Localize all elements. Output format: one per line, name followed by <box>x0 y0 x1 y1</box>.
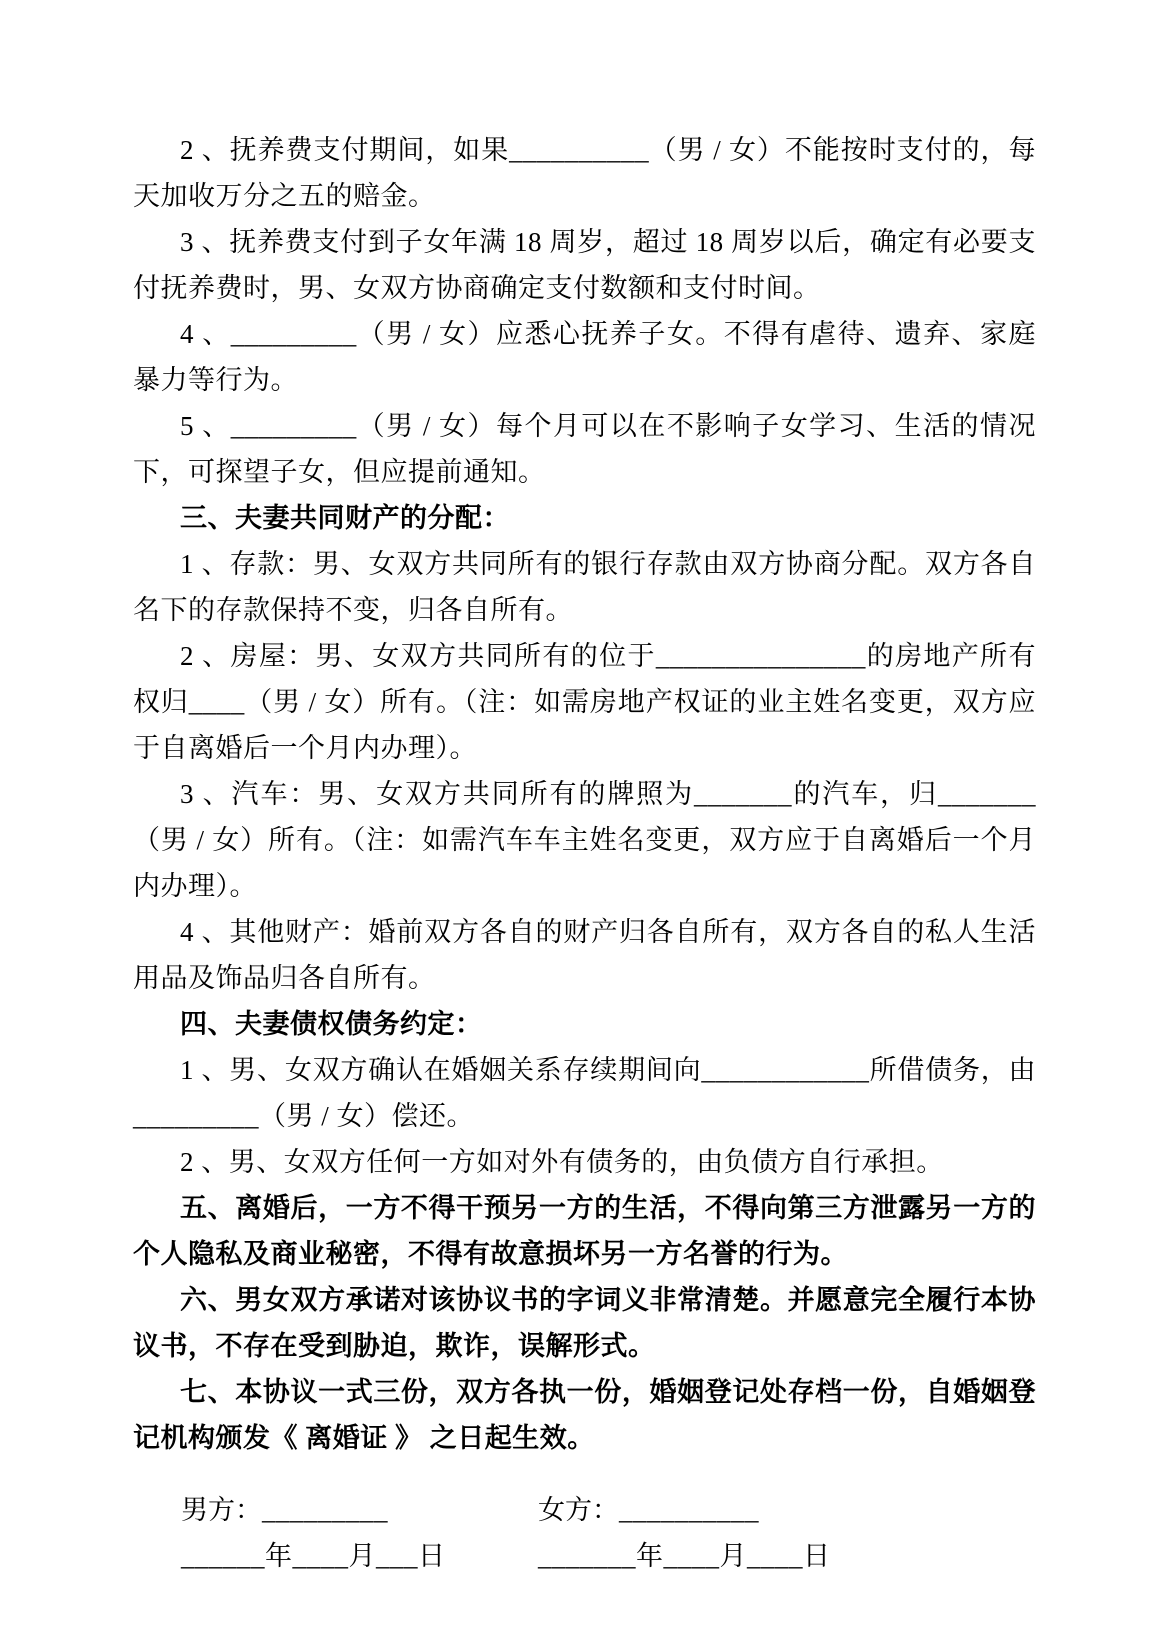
paragraph: 2 、房屋：男、女双方共同所有的位于_______________的房地产所有权… <box>133 633 1036 771</box>
section-heading: 七、本协议一式三份，双方各执一份，婚姻登记处存档一份，自婚姻登记机构颁发《 离婚… <box>133 1369 1036 1461</box>
male-name-blank: _________ <box>262 1495 388 1525</box>
signature-block: 男方：_________ ______年____月___日 女方：_______… <box>133 1487 1036 1579</box>
paragraph: 2 、男、女双方任何一方如对外有债务的，由负债方自行承担。 <box>133 1139 1036 1185</box>
section-heading: 五、离婚后，一方不得干预另一方的生活，不得向第三方泄露另一方的个人隐私及商业秘密… <box>133 1185 1036 1277</box>
section-heading: 四、夫妻债权债务约定： <box>133 1001 1036 1047</box>
paragraph: 4 、其他财产：婚前双方各自的财产归各自所有，双方各自的私人生活用品及饰品归各自… <box>133 909 1036 1001</box>
paragraph: 1 、男、女双方确认在婚姻关系存续期间向____________所借债务，由__… <box>133 1047 1036 1139</box>
female-signature-column: 女方：__________ _______年____月____日 <box>538 1487 1036 1579</box>
female-date-line: _______年____月____日 <box>538 1533 1036 1579</box>
paragraph: 4 、_________（男 / 女）应悉心抚养子女。不得有虐待、遗弃、家庭暴力… <box>133 311 1036 403</box>
paragraph: 1 、存款：男、女双方共同所有的银行存款由双方协商分配。双方各自名下的存款保持不… <box>133 541 1036 633</box>
paragraph: 3 、汽车：男、女双方共同所有的牌照为_______的汽车，归_______（男… <box>133 771 1036 909</box>
male-date-line: ______年____月___日 <box>133 1533 538 1579</box>
document-body: 2 、抚养费支付期间，如果__________（男 / 女）不能按时支付的，每天… <box>133 127 1036 1579</box>
paragraph-list: 2 、抚养费支付期间，如果__________（男 / 女）不能按时支付的，每天… <box>133 127 1036 1461</box>
section-heading: 六、男女双方承诺对该协议书的字词义非常清楚。并愿意完全履行本协议书，不存在受到胁… <box>133 1277 1036 1369</box>
paragraph: 3 、抚养费支付到子女年满 18 周岁，超过 18 周岁以后，确定有必要支付抚养… <box>133 219 1036 311</box>
female-party-label: 女方： <box>538 1495 619 1525</box>
section-heading: 三、夫妻共同财产的分配： <box>133 495 1036 541</box>
female-name-blank: __________ <box>619 1495 759 1525</box>
document-page: 2 、抚养费支付期间，如果__________（男 / 女）不能按时支付的，每天… <box>0 0 1167 1651</box>
female-signature-line: 女方：__________ <box>538 1487 1036 1533</box>
signature-name-row: 男方：_________ ______年____月___日 女方：_______… <box>133 1487 1036 1579</box>
male-signature-line: 男方：_________ <box>133 1487 538 1533</box>
paragraph: 5 、_________（男 / 女）每个月可以在不影响子女学习、生活的情况下，… <box>133 403 1036 495</box>
male-party-label: 男方： <box>181 1495 262 1525</box>
paragraph: 2 、抚养费支付期间，如果__________（男 / 女）不能按时支付的，每天… <box>133 127 1036 219</box>
male-signature-column: 男方：_________ ______年____月___日 <box>133 1487 538 1579</box>
